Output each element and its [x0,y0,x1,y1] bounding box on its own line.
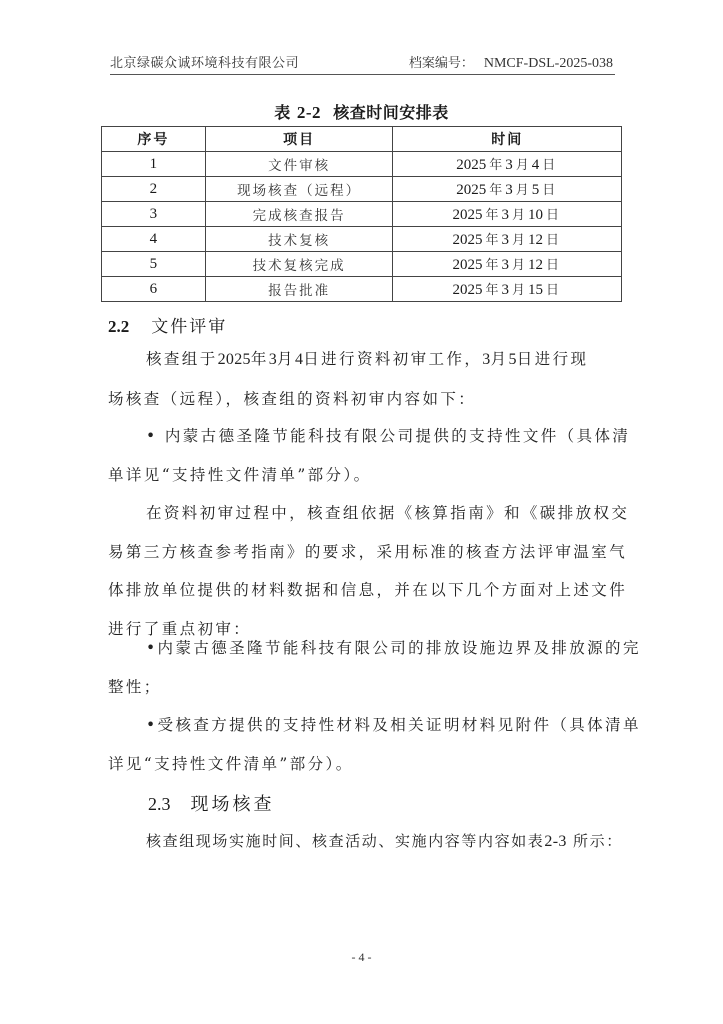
table-row: 5 技术复核完成 2025年3月12日 [102,252,622,277]
archive-label: 档案编号： [409,56,474,71]
table-row: 3 完成核查报告 2025年3月10日 [102,202,622,227]
schedule-table: 序号 项目 时间 1 文件审核 2025年3月4日 2 现场核查（远程） 202… [101,126,622,302]
column-header-no: 序号 [102,127,206,152]
column-header-item: 项目 [205,127,393,152]
table-caption: 表 2-2 核查时间安排表 [0,100,723,123]
cell-no: 6 [102,277,206,302]
section-title: 文件评审 [151,317,227,337]
cell-date: 2025年3月5日 [393,177,622,202]
section-number: 2.2 [108,317,129,336]
section-title: 现场核查 [191,794,275,815]
section-heading-2-2: 2.2文件评审 [108,312,227,337]
table-row: 1 文件审核 2025年3月4日 [102,152,622,177]
archive-code: NMCF-DSL-2025-038 [484,56,613,71]
paragraph-review-method: 在资料初审过程中，核查组依据《核算指南》和《碳排放权交 易第三方核查参考指南》的… [108,494,616,648]
cell-item: 技术复核完成 [205,252,393,277]
cell-no: 4 [102,227,206,252]
table-row: 2 现场核查（远程） 2025年3月5日 [102,177,622,202]
cell-item: 现场核查（远程） [205,177,393,202]
caption-prefix: 表 [274,103,291,122]
section-heading-2-3: 2.3现场核查 [148,790,275,816]
caption-number: 2-2 [297,103,321,122]
document-page: 北京绿碳众诚环境科技有限公司 档案编号：NMCF-DSL-2025-038 表 … [0,0,723,1024]
column-header-time: 时间 [393,127,622,152]
bullet-supporting-documents: • 内蒙古德圣隆节能科技有限公司提供的支持性文件（具体清 单详见“支持性文件清单… [108,417,616,494]
cell-no: 1 [102,152,206,177]
header-divider [110,74,615,75]
page-number: - 4 - [0,950,723,965]
paragraph-review-dates: 核查组于2025年3月4日进行资料初审工作，3月5日进行现 场核查（远程），核查… [108,340,616,418]
bullet-supporting-materials: •受核查方提供的支持性材料及相关证明材料见附件（具体清单 详见“支持性文件清单”… [108,706,616,783]
table-row: 4 技术复核 2025年3月12日 [102,227,622,252]
cell-no: 5 [102,252,206,277]
table-row: 6 报告批准 2025年3月15日 [102,277,622,302]
cell-item: 技术复核 [205,227,393,252]
paragraph-onsite-intro: 核查组现场实施时间、核查活动、实施内容等内容如表2-3 所示： [108,822,616,862]
cell-date: 2025年3月15日 [393,277,622,302]
table-header-row: 序号 项目 时间 [102,127,622,152]
cell-date: 2025年3月4日 [393,152,622,177]
page-header: 北京绿碳众诚环境科技有限公司 档案编号：NMCF-DSL-2025-038 [110,50,613,74]
cell-no: 3 [102,202,206,227]
section-number: 2.3 [148,794,171,814]
caption-title: 核查时间安排表 [333,103,449,122]
company-name: 北京绿碳众诚环境科技有限公司 [110,52,299,71]
cell-date: 2025年3月12日 [393,252,622,277]
cell-item: 完成核查报告 [205,202,393,227]
cell-item: 文件审核 [205,152,393,177]
archive-number: 档案编号：NMCF-DSL-2025-038 [409,52,613,72]
cell-date: 2025年3月12日 [393,227,622,252]
cell-date: 2025年3月10日 [393,202,622,227]
cell-no: 2 [102,177,206,202]
cell-item: 报告批准 [205,277,393,302]
bullet-emission-boundary: •内蒙古德圣隆节能科技有限公司的排放设施边界及排放源的完 整性； [108,629,616,706]
